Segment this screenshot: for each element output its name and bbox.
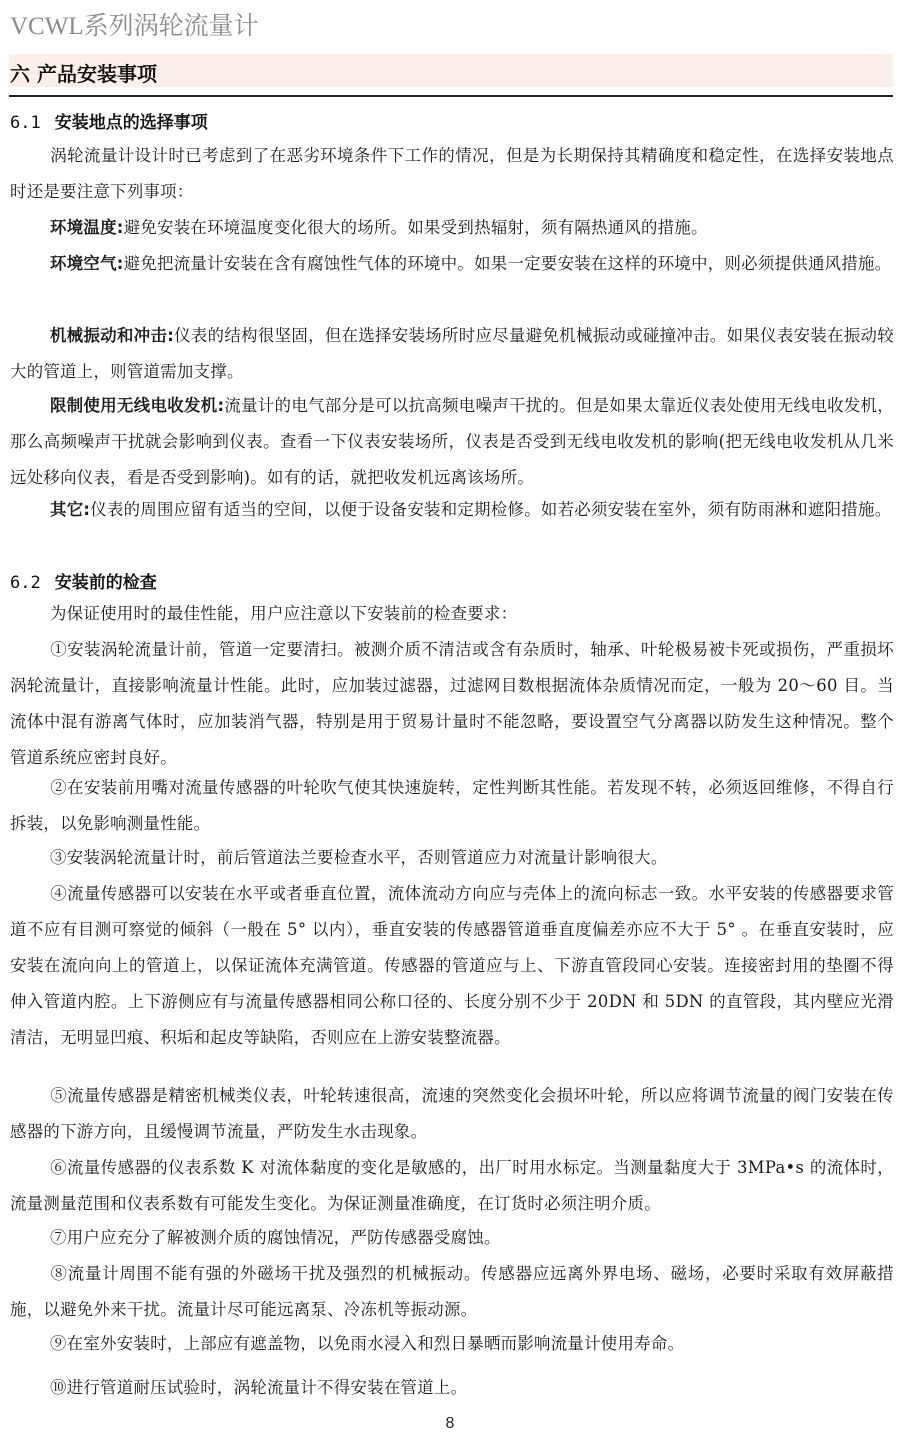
item-text: 安装涡轮流量计前，管道一定要清扫。被测介质不清洁或含有杂质时，轴承、叶轮极易被卡… [10, 640, 894, 767]
item-text: 用户应充分了解被测介质的腐蚀情况，严防传感器受腐蚀。 [67, 1228, 501, 1247]
item-text: 流量传感器的仪表系数 K 对流体黏度的变化是敏感的，出厂时用水标定。当测量黏度大… [10, 1158, 894, 1213]
list-item: 环境温度:避免安装在环境温度变化很大的场所。如果受到热辐射，须有隔热通风的措施。 [10, 210, 894, 246]
item-text: 避免把流量计安装在含有腐蚀性气体的环境中。如果一定要安装在这样的环境中，则必须提… [124, 254, 892, 273]
item-label: 限制使用无线电收发机: [50, 396, 224, 415]
item-text: 流量传感器可以安装在水平或者垂直位置，流体流动方向应与壳体上的流向标志一致。水平… [10, 884, 894, 1047]
item-label: 机械振动和冲击: [50, 326, 174, 345]
list-item: ④流量传感器可以安装在水平或者垂直位置，流体流动方向应与壳体上的流向标志一致。水… [10, 876, 894, 1056]
list-item: ③安装涡轮流量计时，前后管道法兰要检查水平，否则管道应力对流量计影响很大。 [10, 840, 894, 876]
item-text: 安装涡轮流量计时，前后管道法兰要检查水平，否则管道应力对流量计影响很大。 [67, 848, 668, 867]
item-label: 环境空气: [50, 254, 124, 273]
list-item: ⑤流量传感器是精密机械类仪表，叶轮转速很高，流速的突然变化会损坏叶轮，所以应将调… [10, 1078, 894, 1150]
item-text: 进行管道耐压试验时，涡轮流量计不得安装在管道上。 [67, 1378, 468, 1397]
section-heading-6-2: 6.2安装前的检查 [10, 568, 157, 593]
section-number: 6.2 [10, 573, 41, 593]
document-title: VCWL系列涡轮流量计 [10, 6, 259, 42]
item-number: ⑨ [50, 1334, 67, 1353]
item-number: ⑩ [50, 1378, 67, 1397]
list-item: ①安装涡轮流量计前，管道一定要清扫。被测介质不清洁或含有杂质时，轴承、叶轮极易被… [10, 632, 894, 776]
list-item: ⑥流量传感器的仪表系数 K 对流体黏度的变化是敏感的，出厂时用水标定。当测量黏度… [10, 1150, 894, 1222]
item-number: ① [50, 640, 67, 659]
item-text: 在室外安装时，上部应有遮盖物，以免雨水浸入和烈日暴晒而影响流量计使用寿命。 [67, 1334, 685, 1353]
item-text: 仪表的周围应留有适当的空间，以便于设备安装和定期检修。如若必须安装在室外，须有防… [90, 500, 891, 519]
list-item: ⑨在室外安装时，上部应有遮盖物，以免雨水浸入和烈日暴晒而影响流量计使用寿命。 [10, 1326, 894, 1362]
item-number: ⑥ [50, 1158, 67, 1177]
item-number: ⑤ [50, 1086, 67, 1105]
list-item: ⑩进行管道耐压试验时，涡轮流量计不得安装在管道上。 [10, 1370, 894, 1406]
item-text: 流量传感器是精密机械类仪表，叶轮转速很高，流速的突然变化会损坏叶轮，所以应将调节… [10, 1086, 894, 1141]
list-item: ⑧流量计周围不能有强的外磁场干扰及强烈的机械振动。传感器应远离外界电场、磁场，必… [10, 1256, 894, 1328]
section-intro: 为保证使用时的最佳性能，用户应注意以下安装前的检查要求： [10, 596, 894, 632]
item-text: 流量计周围不能有强的外磁场干扰及强烈的机械振动。传感器应远离外界电场、磁场，必要… [10, 1264, 894, 1319]
page-number: 8 [0, 1415, 900, 1433]
section-title: 安装前的检查 [55, 573, 157, 593]
item-text: 避免安装在环境温度变化很大的场所。如果受到热辐射，须有隔热通风的措施。 [124, 218, 708, 237]
list-item: 环境空气:避免把流量计安装在含有腐蚀性气体的环境中。如果一定要安装在这样的环境中… [10, 246, 894, 282]
list-item: 机械振动和冲击:仪表的结构很坚固，但在选择安装场所时应尽量避免机械振动或碰撞冲击… [10, 318, 894, 390]
item-label: 其它: [50, 500, 90, 519]
chapter-title: 六 产品安装事项 [10, 58, 157, 87]
chapter-divider [9, 95, 893, 97]
section-number: 6.1 [10, 113, 41, 133]
item-number: ④ [50, 884, 67, 903]
section-heading-6-1: 6.1安装地点的选择事项 [10, 108, 208, 133]
item-number: ⑦ [50, 1228, 67, 1247]
item-label: 环境温度: [50, 218, 124, 237]
item-number: ② [50, 778, 67, 797]
section-intro: 涡轮流量计设计时已考虑到了在恶劣环境条件下工作的情况，但是为长期保持其精确度和稳… [10, 138, 894, 210]
section-title: 安装地点的选择事项 [55, 113, 208, 133]
list-item: 限制使用无线电收发机:流量计的电气部分是可以抗高频电噪声干扰的。但是如果太靠近仪… [10, 388, 894, 496]
list-item: ⑦用户应充分了解被测介质的腐蚀情况，严防传感器受腐蚀。 [10, 1220, 894, 1256]
item-text: 在安装前用嘴对流量传感器的叶轮吹气使其快速旋转，定性判断其性能。若发现不转，必须… [10, 778, 894, 833]
list-item: 其它:仪表的周围应留有适当的空间，以便于设备安装和定期检修。如若必须安装在室外，… [10, 492, 894, 528]
item-number: ⑧ [50, 1264, 68, 1283]
list-item: ②在安装前用嘴对流量传感器的叶轮吹气使其快速旋转，定性判断其性能。若发现不转，必… [10, 770, 894, 842]
item-number: ③ [50, 848, 67, 867]
